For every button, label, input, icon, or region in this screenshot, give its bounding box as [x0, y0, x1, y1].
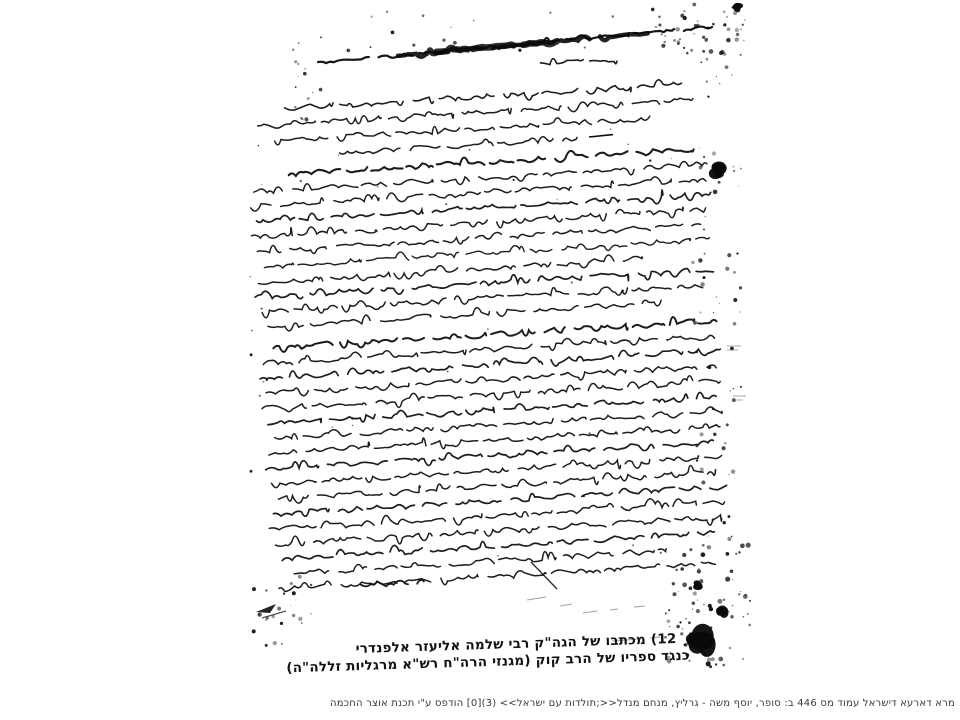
manuscript-scan	[0, 0, 960, 720]
scanned-page: 12) מכתבו של הגה"ק רבי שלמה אליעזר אלפנד…	[0, 0, 960, 720]
handwriting-strokes	[0, 0, 960, 720]
footer-print-note: (3)[0] הודפס ע"י תכנת אוצר החכמה	[330, 698, 500, 709]
footer-book-title: <<תולדות עם ישראל;>>	[500, 698, 617, 709]
footer-source: מרא דארעא דישראל עמוד מס 446 ב: סופר, יו…	[617, 698, 955, 709]
footer-source-line: מרא דארעא דישראל עמוד מס 446 ב: סופר, יו…	[330, 698, 955, 709]
